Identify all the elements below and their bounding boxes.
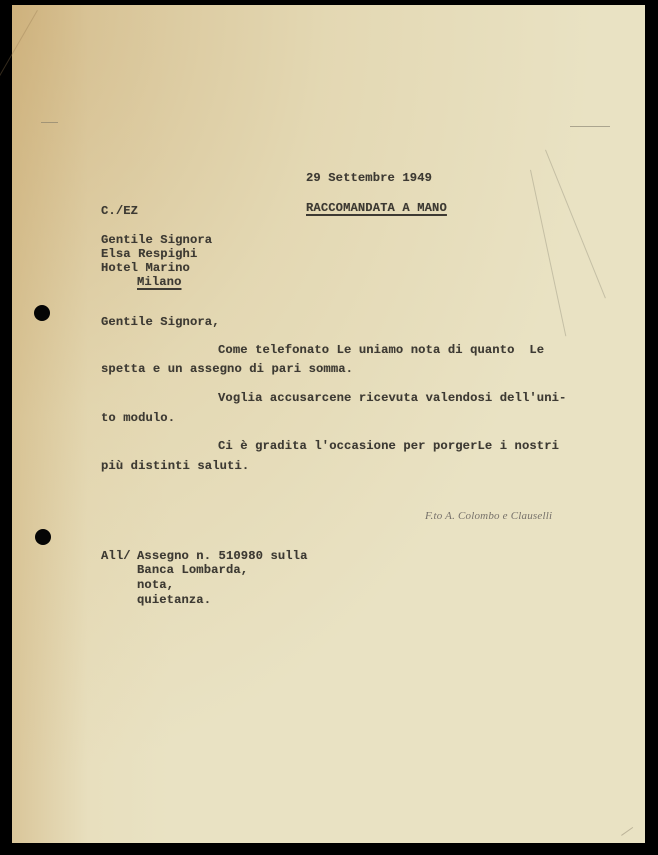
punch-hole-top (34, 305, 50, 321)
paragraph-3-line-1: Ci è gradita l'occasione per porgerLe i … (218, 439, 559, 453)
letter-date: 29 Settembre 1949 (306, 171, 432, 185)
recipient-salutation-line: Gentile Signora (101, 233, 212, 247)
reference-code: C./EZ (101, 204, 138, 218)
paragraph-1-line-1: Come telefonato Le uniamo nota di quanto… (218, 343, 544, 357)
signature-stamp: F.to A. Colombo e Clauselli (425, 510, 552, 522)
enclosure-item: Banca Lombarda, (137, 563, 248, 577)
paragraph-2-line-1: Voglia accusarcene ricevuta valendosi de… (218, 391, 566, 405)
recipient-name: Elsa Respighi (101, 247, 197, 261)
enclosure-item: Assegno n. 510980 sulla (137, 549, 308, 563)
enclosure-item: nota, (137, 578, 174, 592)
delivery-method: RACCOMANDATA A MANO (306, 201, 447, 215)
paper-crease (0, 10, 38, 93)
recipient-hotel: Hotel Marino (101, 261, 190, 275)
enclosure-item: quietanza. (137, 593, 211, 607)
paragraph-3-line-2: più distinti saluti. (101, 459, 249, 473)
paragraph-2-line-2: to modulo. (101, 411, 175, 425)
greeting: Gentile Signora, (101, 315, 220, 329)
corner-fold (621, 827, 639, 844)
margin-mark-right (570, 126, 610, 127)
recipient-city: Milano (137, 275, 181, 289)
paragraph-1-line-2: spetta e un assegno di pari somma. (101, 362, 353, 376)
punch-hole-bottom (35, 529, 51, 545)
enclosures-label: All/ (101, 549, 131, 563)
margin-mark-left (41, 122, 58, 123)
